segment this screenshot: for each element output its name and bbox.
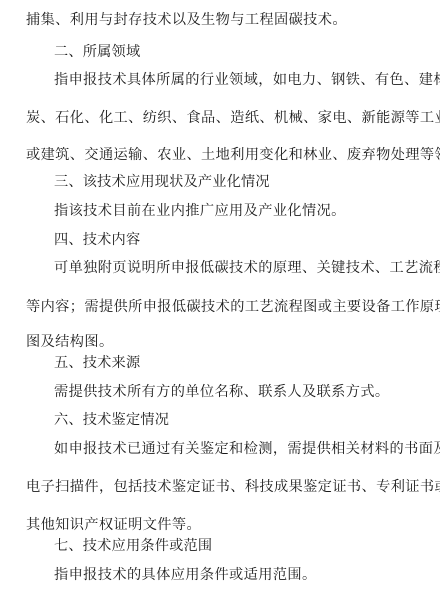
paragraph-line: 指申报技术具体所属的行业领域，如电力、钢铁、有色、建材、煤	[54, 71, 440, 89]
paragraph-line: 炭、石化、化工、纺织、食品、造纸、机械、家电、新能源等工业领域，	[26, 109, 440, 127]
paragraph-line: 其他知识产权证明文件等。	[26, 516, 201, 534]
section-heading-4: 四、技术内容	[54, 231, 140, 249]
section-heading-2: 二、所属领域	[54, 43, 140, 61]
section-heading-7: 七、技术应用条件或范围	[54, 537, 212, 555]
paragraph-line: 如申报技术已通过有关鉴定和检测，需提供相关材料的书面及	[54, 440, 440, 458]
paragraph-line: 指该技术目前在业内推广应用及产业化情况。	[54, 202, 346, 220]
paragraph-line: 捕集、利用与封存技术以及生物与工程固碳技术。	[26, 11, 347, 29]
paragraph-line: 或建筑、交通运输、农业、土地利用变化和林业、废弃物处理等领域。	[26, 146, 440, 164]
paragraph-line: 需提供技术所有方的单位名称、联系人及联系方式。	[54, 383, 390, 401]
paragraph-line: 指申报技术的具体应用条件或适用范围。	[54, 566, 317, 584]
paragraph-line: 电子扫描件，包括技术鉴定证书、科技成果鉴定证书、专利证书或	[26, 478, 440, 496]
section-heading-6: 六、技术鉴定情况	[54, 411, 169, 429]
paragraph-line: 等内容；需提供所申报低碳技术的工艺流程图或主要设备工作原理	[26, 298, 440, 316]
section-heading-5: 五、技术来源	[54, 354, 140, 372]
section-heading-3: 三、该技术应用现状及产业化情况	[54, 173, 270, 191]
paragraph-line: 可单独附页说明所申报低碳技术的原理、关键技术、工艺流程	[54, 259, 440, 277]
paragraph-line: 图及结构图。	[26, 333, 114, 351]
